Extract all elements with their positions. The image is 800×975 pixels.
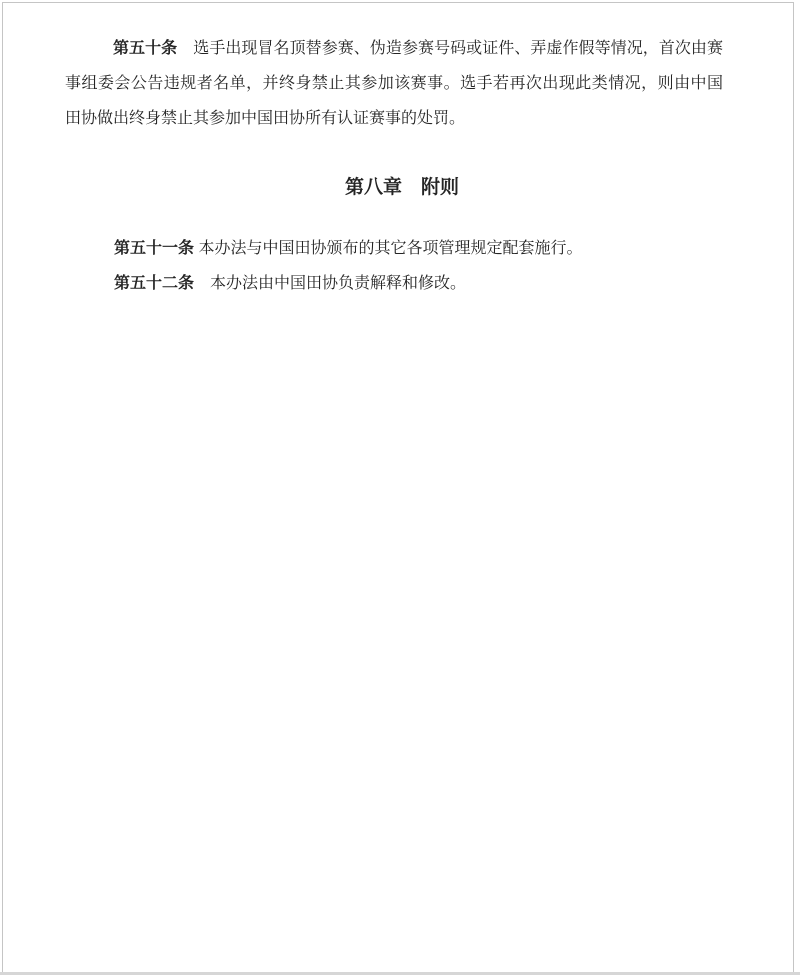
paragraph-line: 田协做出终身禁止其参加中国田协所有认证赛事的处罚。 xyxy=(65,101,723,136)
article-50-line1-text: 选手出现冒名顶替参赛、伪造参赛号码或证件、弄虚作假等情况，首次由赛 xyxy=(177,40,723,57)
articles-list: 第五十一条 本办法与中国田协颁布的其它各项管理规定配套施行。 第五十二条 本办法… xyxy=(65,231,723,301)
article-50-label: 第五十条 xyxy=(113,40,177,57)
paragraph-line: 事组委会公告违规者名单，并终身禁止其参加该赛事。选手若再次出现此类情况，则由中国 xyxy=(65,66,723,101)
page-border-left xyxy=(2,2,3,972)
article-51-text: 本办法与中国田协颁布的其它各项管理规定配套施行。 xyxy=(194,240,582,257)
paragraph-line: 第五十条 选手出现冒名顶替参赛、伪造参赛号码或证件、弄虚作假等情况，首次由赛 xyxy=(65,31,723,66)
article-51-label: 第五十一条 xyxy=(114,240,194,257)
page-border-right xyxy=(793,2,794,972)
article-52-text: 本办法由中国田协负责解释和修改。 xyxy=(194,275,466,292)
article-51: 第五十一条 本办法与中国田协颁布的其它各项管理规定配套施行。 xyxy=(65,231,723,266)
article-52: 第五十二条 本办法由中国田协负责解释和修改。 xyxy=(65,266,723,301)
page-border-top xyxy=(2,2,794,3)
chapter-heading: 第八章 附则 xyxy=(65,170,723,206)
article-52-label: 第五十二条 xyxy=(114,275,194,292)
article-50-paragraph: 第五十条 选手出现冒名顶替参赛、伪造参赛号码或证件、弄虚作假等情况，首次由赛 事… xyxy=(65,31,723,136)
document-page: 第五十条 选手出现冒名顶替参赛、伪造参赛号码或证件、弄虚作假等情况，首次由赛 事… xyxy=(0,0,800,975)
document-content: 第五十条 选手出现冒名顶替参赛、伪造参赛号码或证件、弄虚作假等情况，首次由赛 事… xyxy=(65,31,723,301)
